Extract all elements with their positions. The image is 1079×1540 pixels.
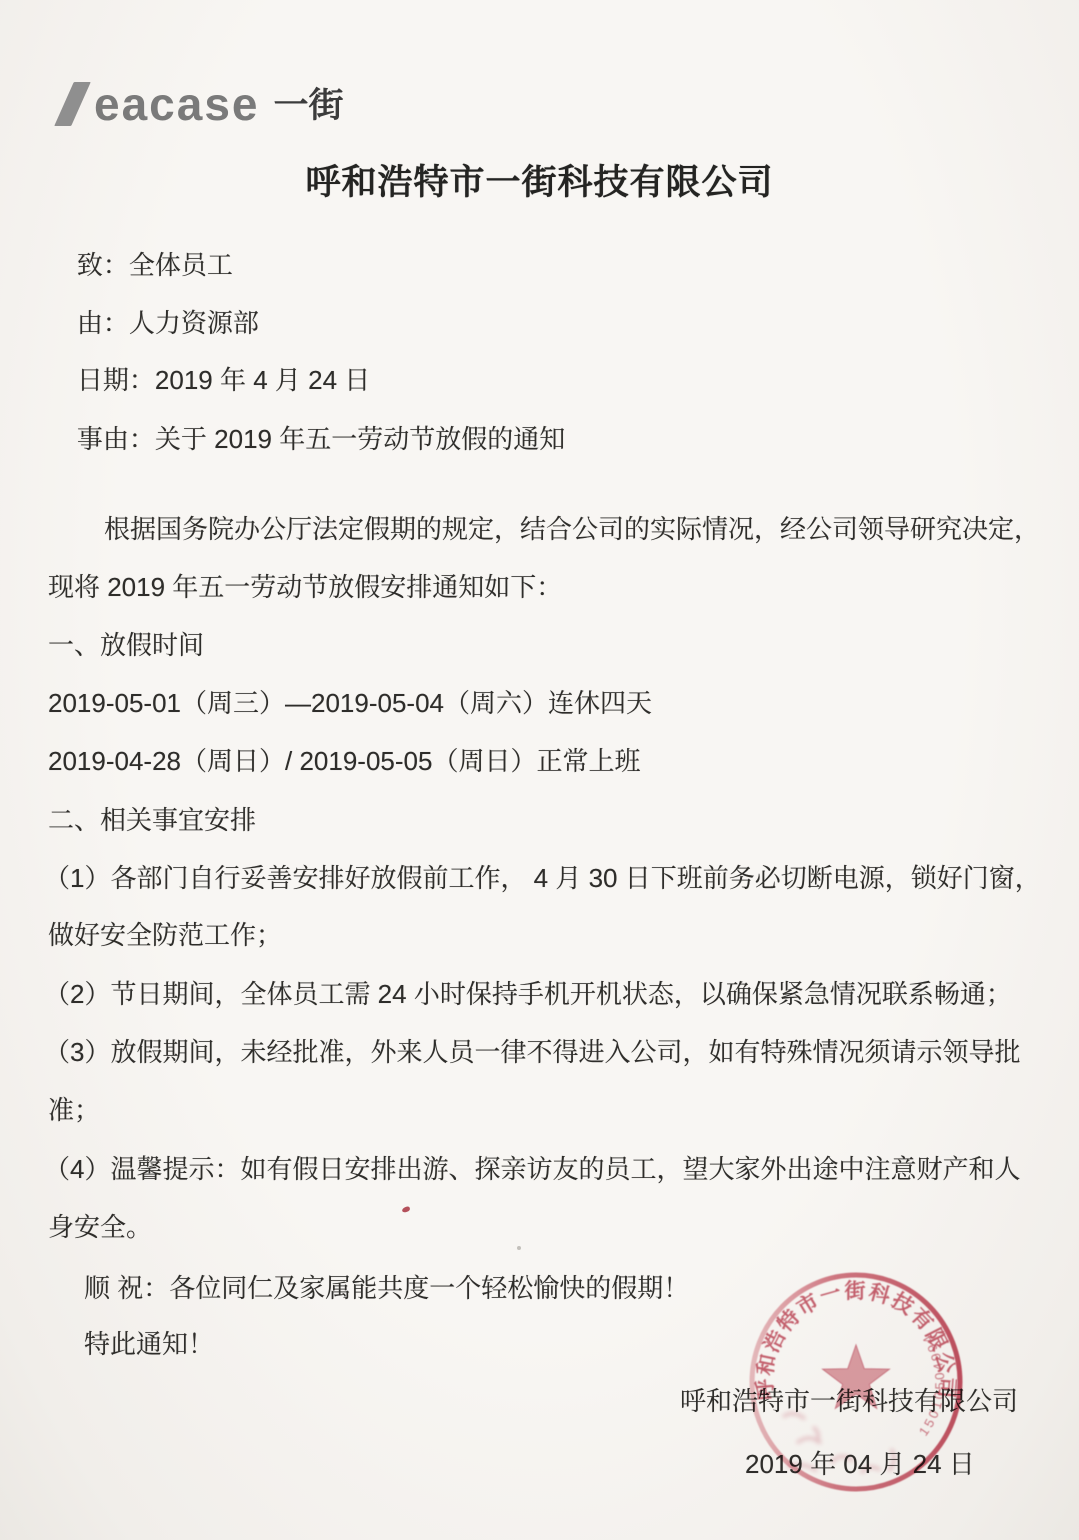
meta-to-label: 致： [77, 250, 129, 280]
item1-line-2: 做好安全防范工作； [48, 921, 282, 951]
logo-brand-text: eacase [94, 82, 260, 126]
section1-heading: 一、放假时间 [48, 631, 204, 661]
meta-to-value: 全体员工 [129, 250, 233, 280]
intro-line-2: 现将 2019 年五一劳动节放假安排通知如下： [48, 573, 562, 603]
seal-star-icon [823, 1345, 890, 1408]
gray-dust-speck [517, 1246, 521, 1250]
company-seal: 呼和浩特市一街科技有限公司 15010504994 [743, 1267, 969, 1497]
item4-line-1: （4）温馨提示：如有假日安排出游、探亲访友的员工，望大家外出途中注意财产和人 [44, 1155, 1020, 1185]
company-logo: eacase 一街 [64, 82, 344, 126]
meta-subject-value: 关于 2019 年五一劳动节放假的通知 [155, 424, 565, 454]
meta-from-value: 人力资源部 [129, 308, 259, 338]
seal-ink-smudge [783, 1413, 894, 1473]
meta-date-label: 日期： [77, 365, 155, 395]
workdays-line: 2019-04-28（周日）/ 2019-05-05（周日）正常上班 [48, 747, 640, 777]
item1-line-1: （1）各部门自行妥善安排好放假前工作， 4 月 30 日下班前务必切断电源，锁好… [44, 864, 1041, 894]
item3-line-2: 准； [48, 1096, 100, 1126]
red-ink-speck [401, 1206, 410, 1213]
meta-from-label: 由： [77, 308, 129, 338]
meta-subject-line: 事由：关于 2019 年五一劳动节放假的通知 [48, 395, 565, 485]
section2-heading: 二、相关事宜安排 [48, 806, 256, 836]
company-title: 呼和浩特市一街科技有限公司 [0, 155, 1079, 205]
item2-line: （2）节日期间，全体员工需 24 小时保持手机开机状态，以确保紧急情况联系畅通； [44, 980, 1012, 1010]
meta-date-value: 2019 年 4 月 24 日 [155, 365, 370, 395]
logo-suffix-text: 一街 [274, 86, 344, 126]
wish-line: 顺 祝：各位同仁及家属能共度一个轻松愉快的假期！ [84, 1274, 689, 1304]
scanned-notice-page: eacase 一街 呼和浩特市一街科技有限公司 致：全体员工 由：人力资源部 日… [0, 0, 1079, 1540]
meta-subject-label: 事由： [77, 424, 155, 454]
intro-line-1: 根据国务院办公厅法定假期的规定，结合公司的实际情况，经公司领导研究决定， [104, 515, 1040, 545]
logo-slash-icon [54, 82, 91, 126]
item4-line-2: 身安全。 [48, 1213, 152, 1243]
item3-line-1: （3）放假期间，未经批准，外来人员一律不得进入公司，如有特殊情况须请示领导批 [44, 1038, 1020, 1068]
holiday-dates-line: 2019-05-01（周三）—2019-05-04（周六）连休四天 [48, 689, 652, 719]
closing-line: 特此通知！ [84, 1330, 214, 1360]
